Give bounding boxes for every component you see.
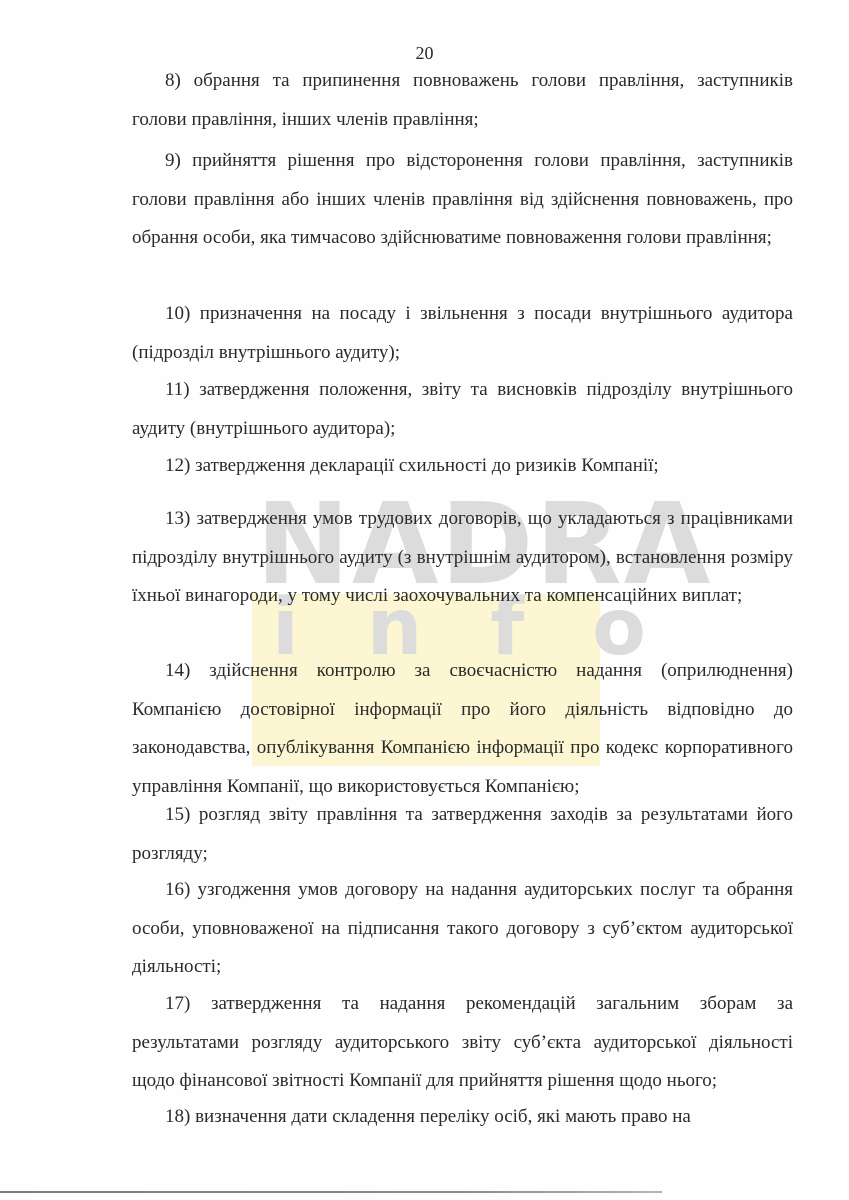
paragraph-item-13: 13) затвердження умов трудових договорів… bbox=[132, 500, 793, 616]
paragraph-item-9: 9) прийняття рішення про відсторонення г… bbox=[132, 142, 793, 258]
paragraph-item-16: 16) узгодження умов договору на надання … bbox=[132, 871, 793, 987]
text-layer: 20 8) обрання та припинення повноважень … bbox=[0, 0, 849, 1200]
page-number: 20 bbox=[0, 42, 849, 64]
paragraph-item-12: 12) затвердження декларації схильності д… bbox=[132, 447, 793, 486]
paragraph-item-15: 15) розгляд звіту правління та затвердже… bbox=[132, 796, 793, 873]
paragraph-item-18: 18) визначення дати складення переліку о… bbox=[132, 1098, 793, 1137]
paragraph-item-8: 8) обрання та припинення повноважень гол… bbox=[132, 62, 793, 139]
paragraph-item-11: 11) затвердження положення, звіту та вис… bbox=[132, 371, 793, 448]
page-bottom-edge-line bbox=[0, 1191, 662, 1193]
paragraph-item-10: 10) призначення на посаду і звільнення з… bbox=[132, 295, 793, 372]
document-page: NADRA info 20 8) обрання та припинення п… bbox=[0, 0, 849, 1200]
paragraph-item-17: 17) затвердження та надання рекомендацій… bbox=[132, 985, 793, 1101]
paragraph-item-14: 14) здійснення контролю за своєчасністю … bbox=[132, 652, 793, 806]
